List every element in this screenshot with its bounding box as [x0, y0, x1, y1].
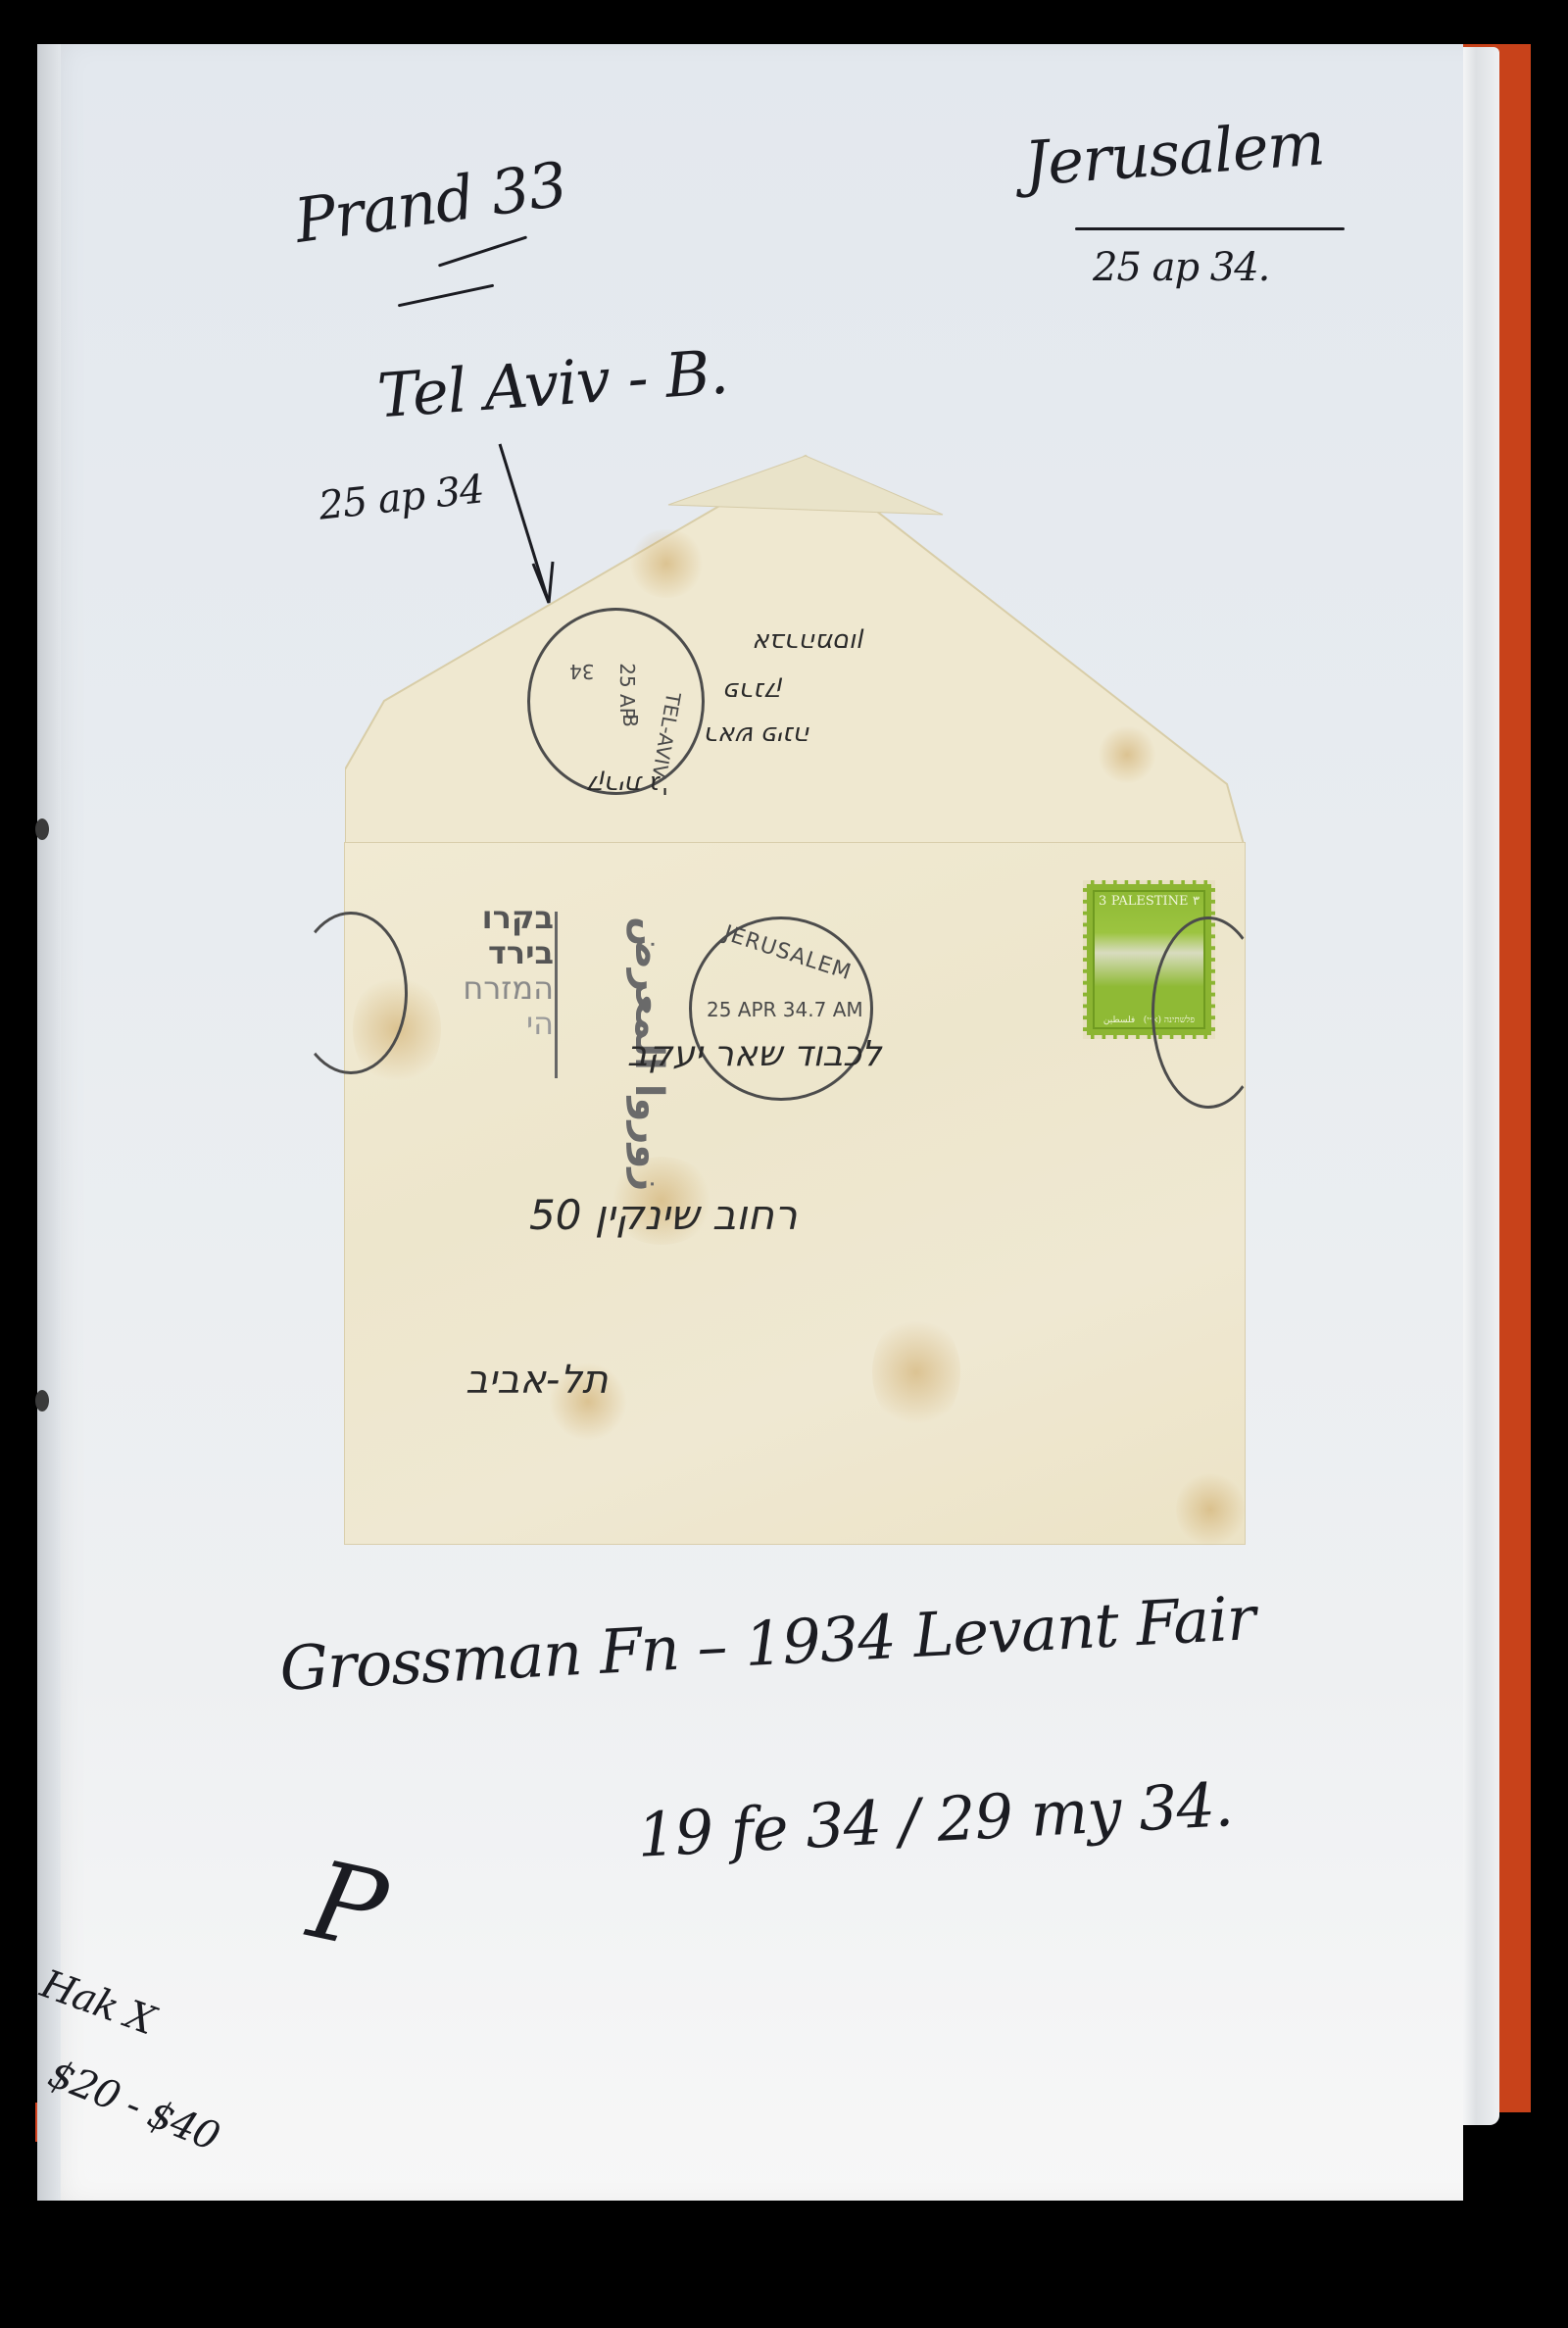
sender-line: ראש פינה: [706, 720, 811, 750]
slogan-hebrew: בקרו בירד המזרח הי: [412, 900, 554, 1041]
slogan-divider: [555, 912, 558, 1078]
foxing-stain: [1098, 725, 1156, 784]
foxing-stain: [1176, 1470, 1245, 1549]
postmark-tel-aviv: 34 25 AP B TEL-AVIV: [527, 608, 705, 795]
sender-line: קרית ג': [588, 769, 668, 799]
address-line: רחוב שינקין 50: [529, 1191, 798, 1239]
postmark-partial: [1151, 916, 1265, 1109]
foxing-stain: [872, 1313, 960, 1431]
postmark-partial: [294, 912, 408, 1074]
address-line: תל-אביב: [465, 1358, 608, 1403]
sender-line: פרנק: [725, 676, 784, 706]
address-line: לכבוד שאר יעקב: [627, 1034, 882, 1074]
foxing-stain: [627, 529, 706, 598]
punch-hole-icon: [35, 1390, 49, 1412]
annotation-destination-date: 25 ap 34.: [1093, 245, 1269, 290]
page-gutter: [37, 44, 61, 2201]
punch-hole-icon: [35, 818, 49, 840]
sender-line: אברהמסון: [755, 627, 865, 657]
underline: [1075, 227, 1345, 230]
